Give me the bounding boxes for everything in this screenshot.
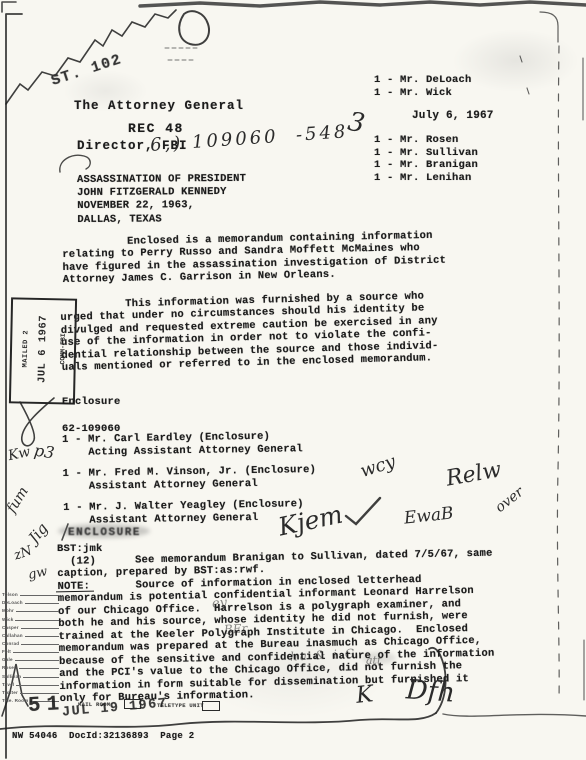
- cc-entry: 1 - Mr. Lenihan: [374, 172, 478, 185]
- torn-top-blob: [179, 11, 209, 45]
- teletype-checkbox: [202, 701, 220, 711]
- margin-handwriting: p3: [33, 441, 56, 463]
- distribution-list: TolsonDeLoachMohrWickCasperCallahanConra…: [2, 589, 59, 703]
- distribution-entry: Mohr: [2, 605, 59, 613]
- typist-initials: BST:jmk: [57, 543, 103, 555]
- note-overlay-handwriting: ey: [211, 595, 228, 611]
- circle-scrawl: [60, 155, 90, 172]
- bottom-signature-handwriting: K: [355, 681, 375, 709]
- corner-bracket-top-left: [2, 2, 16, 12]
- distribution-entry: Tolson: [2, 589, 59, 597]
- cc-entry: 1 - Mr. Wick: [374, 87, 472, 100]
- cc-list-top: 1 - Mr. DeLoach1 - Mr. Wick: [374, 74, 472, 100]
- right-edge-marks: [520, 56, 584, 700]
- distribution-entry: Casper: [2, 622, 59, 630]
- checkmark-scrawl: [346, 498, 380, 524]
- mailroom-checkbox: [124, 699, 141, 709]
- bottom-signature-handwriting: Dfh: [405, 674, 456, 708]
- mailed-stamp-line3: COMM-FBI: [59, 302, 68, 396]
- distribution-entry: Felt: [2, 646, 59, 654]
- cc-list-mid: 1 - Mr. Rosen1 - Mr. Sullivan1 - Mr. Bra…: [374, 134, 478, 184]
- recipient-title: Assistant Attorney General: [89, 512, 258, 527]
- distribution-entry: Callahan: [2, 630, 59, 638]
- subject-line: ASSASSINATION OF PRESIDENT: [77, 173, 246, 187]
- page-footer: NW 54046 DocId:32136893 Page 2: [12, 731, 194, 741]
- distribution-entry: Tavel: [2, 679, 59, 687]
- paragraph-2: This information was furnished by a sour…: [60, 290, 439, 374]
- subject-block: ASSASSINATION OF PRESIDENTJOHN FITZGERAL…: [77, 173, 246, 227]
- teletype-label: TELETYPE UNIT: [157, 702, 204, 709]
- distribution-entry: Sullivan: [2, 670, 59, 678]
- enclosure-line: Enclosure: [62, 396, 121, 408]
- top-dark-band: [140, 2, 586, 6]
- distribution-entry: Rosen: [2, 662, 59, 670]
- mailed-date-stamp: MAILED 2 JUL 6 1967 COMM-FBI: [9, 297, 77, 404]
- mailroom-label: MAIL ROOM: [78, 701, 110, 708]
- cc-entry: 1 - Mr. DeLoach: [374, 74, 472, 87]
- enclosure-stamp: ENCLOSURE: [68, 527, 141, 539]
- mailed-stamp-line1: MAILED 2: [21, 302, 31, 396]
- recipient-title: Assistant Attorney General: [89, 478, 258, 493]
- date-line: July 6, 1967: [412, 110, 494, 122]
- mailed-stamp-line2: JUL 6 1967: [36, 302, 50, 396]
- torn-top-edge: [6, 10, 176, 104]
- distribution-entry: Wick: [2, 613, 59, 621]
- torn-bottom-right-edge: [443, 714, 586, 716]
- check-loop-scrawl: [20, 398, 54, 446]
- fold-dashed-line: [557, 46, 559, 700]
- paragraph-1: Enclosed is a memorandum containing info…: [62, 230, 446, 287]
- subject-line: NOVEMBER 22, 1963,: [77, 199, 246, 213]
- cc-entry: 1 - Mr. Branigan: [374, 159, 478, 172]
- addressee-line: The Attorney General: [74, 99, 244, 113]
- distribution-entry: DeLoach: [2, 597, 59, 605]
- note-overlay-handwriting: BEr: [224, 621, 248, 637]
- top-dashes: [165, 48, 200, 60]
- cc-entry: 1 - Mr. Sullivan: [374, 147, 478, 160]
- scanned-memo-page: ST. 102 The Attorney General REC 48 Dire…: [0, 0, 586, 760]
- distribution-entry: Conrad: [2, 638, 59, 646]
- subject-line: JOHN FITZGERALD KENNEDY: [77, 186, 246, 200]
- subject-line: DALLAS, TEXAS: [77, 212, 246, 226]
- distribution-entry: Gale: [2, 654, 59, 662]
- received-stamp-number: 51: [27, 693, 65, 718]
- fold-corner-top-right: [540, 12, 558, 42]
- cc-entry: 1 - Mr. Rosen: [374, 134, 478, 147]
- note-overlay-handwriting: att: [366, 654, 381, 667]
